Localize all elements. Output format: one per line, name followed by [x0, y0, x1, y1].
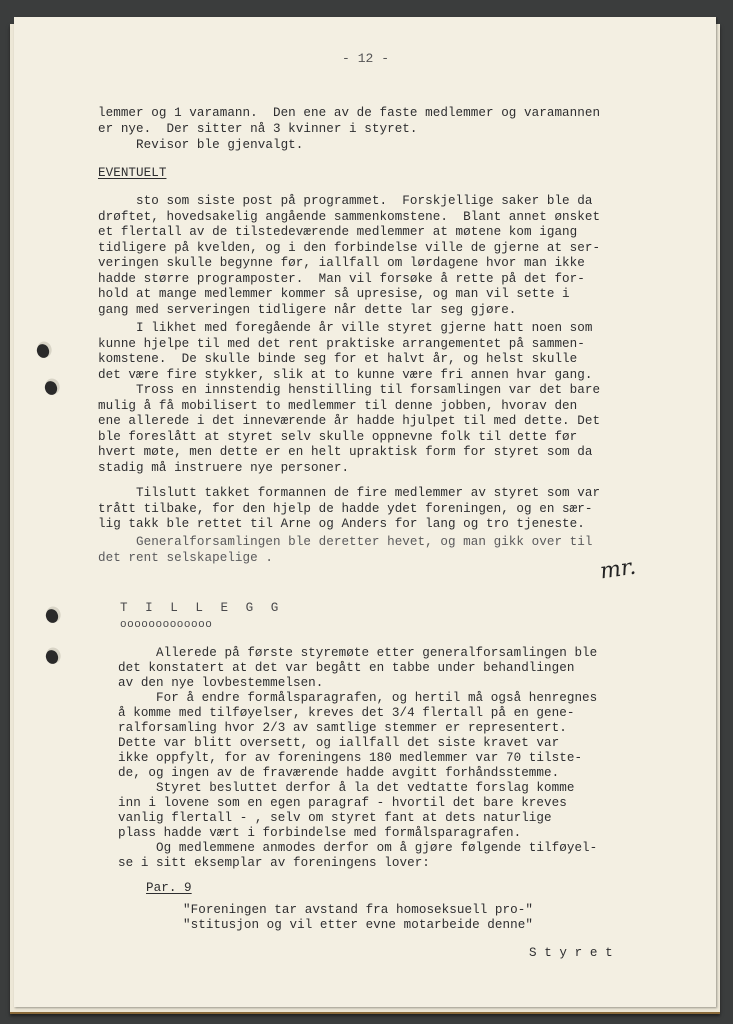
document-page: - 12 - lemmer og 1 varamann. Den ene av … [14, 17, 716, 1007]
intro-line: lemmer og 1 varamann. Den ene av de fast… [98, 106, 600, 122]
paragraph-line: plass hadde vært i forbindelse med formå… [118, 826, 521, 842]
paragraph-line: kunne hjelpe til med det rent praktiske … [98, 337, 585, 353]
paragraph-line: av den nye lovbestemmelsen. [118, 676, 323, 692]
paragraph-line: lig takk ble rettet til Arne og Anders f… [98, 517, 585, 533]
section-heading-tillegg: T I L L E G G [120, 601, 283, 617]
paragraph-line: komstene. De skulle binde seg for et hal… [98, 352, 577, 368]
paragraph-line: tidligere på kvelden, og i den forbindel… [98, 241, 600, 257]
paragraph-line: For å endre formålsparagrafen, og hertil… [118, 691, 597, 707]
paragraph-line: et flertall av de tilstedeværende medlem… [98, 225, 577, 241]
paragraph-line: veringen skulle begynne før, iallfall om… [98, 256, 585, 272]
punch-hole-icon [44, 648, 60, 665]
paragraph-line: hold at mange medlemmer kommer så upresi… [98, 287, 570, 303]
paragraph-line: det rent selskapelige . [98, 551, 273, 567]
punch-hole-icon [44, 607, 60, 624]
paragraph-line: Allerede på første styremøte etter gener… [118, 646, 597, 662]
paragraph-line: Styret besluttet derfor å la det vedtatt… [118, 781, 574, 797]
paragraph-line: Tilslutt takket formannen de fire medlem… [98, 486, 600, 502]
paragraph-line: stadig må instruere nye personer. [98, 461, 349, 477]
paragraph-line: ble foreslått at styret selv skulle oppn… [98, 430, 577, 446]
paragraph-line: ralforsamling hvor 2/3 av samtlige stemm… [118, 721, 567, 737]
paragraph-line: det konstatert at det var begått en tabb… [118, 661, 574, 677]
paragraph-line: mulig å få mobilisert to medlemmer til d… [98, 399, 577, 415]
paragraph-line: se i sitt eksemplar av foreningens lover… [118, 856, 430, 872]
paragraph-line: vanlig flertall - , selv om styret fant … [118, 811, 552, 827]
paragraph-line: gang med serveringen tidligere når dette… [98, 303, 516, 319]
section-heading-eventuelt: EVENTUELT [98, 166, 166, 182]
punch-hole-icon [35, 342, 51, 359]
page-number: - 12 - [342, 51, 389, 67]
paragraph-line: inn i lovene som en egen paragraf - hvor… [118, 796, 567, 812]
paragraph-line: I likhet med foregående år ville styret … [98, 321, 593, 337]
paragraph-label: Par. 9 [146, 881, 192, 897]
paragraph-line: ikke oppfylt, for av foreningens 180 med… [118, 751, 582, 767]
quote-line: "stitusjon og vil etter evne motarbeide … [183, 918, 533, 934]
paragraph-line: hadde større programposter. Man vil fors… [98, 272, 585, 288]
punch-hole-icon [43, 379, 59, 396]
paragraph-line: trått tilbake, for den hjelp de hadde yd… [98, 502, 593, 518]
paragraph-line: Dette var blitt oversett, og iallfall de… [118, 736, 559, 752]
paragraph-line: ene allerede i det inneværende år hadde … [98, 414, 600, 430]
paragraph-line: drøftet, hovedsakelig angående sammenkom… [98, 210, 600, 226]
paragraph-line: Generalforsamlingen ble deretter hevet, … [98, 535, 593, 551]
intro-line: er nye. Der sitter nå 3 kvinner i styret… [98, 122, 418, 138]
paragraph-line: det være fire stykker, slik at to kunne … [98, 368, 593, 384]
signature: S t y r e t [529, 946, 613, 962]
quote-line: "Foreningen tar avstand fra homoseksuell… [183, 903, 533, 919]
paragraph-line: Og medlemmene anmodes derfor om å gjøre … [118, 841, 597, 857]
paragraph-line: sto som siste post på programmet. Forskj… [98, 194, 593, 210]
paragraph-line: hvert møte, men dette er en helt uprakti… [98, 445, 593, 461]
paragraph-line: Tross en innstendig henstilling til fors… [98, 383, 600, 399]
handwritten-initials: mr. [598, 555, 637, 585]
intro-line: Revisor ble gjenvalgt. [98, 138, 303, 154]
heading-underline-circles: ooooooooooooo [120, 618, 212, 634]
paragraph-line: de, og ingen av de fraværende hadde avgi… [118, 766, 559, 782]
paragraph-line: å komme med tilføyelser, kreves det 3/4 … [118, 706, 574, 722]
